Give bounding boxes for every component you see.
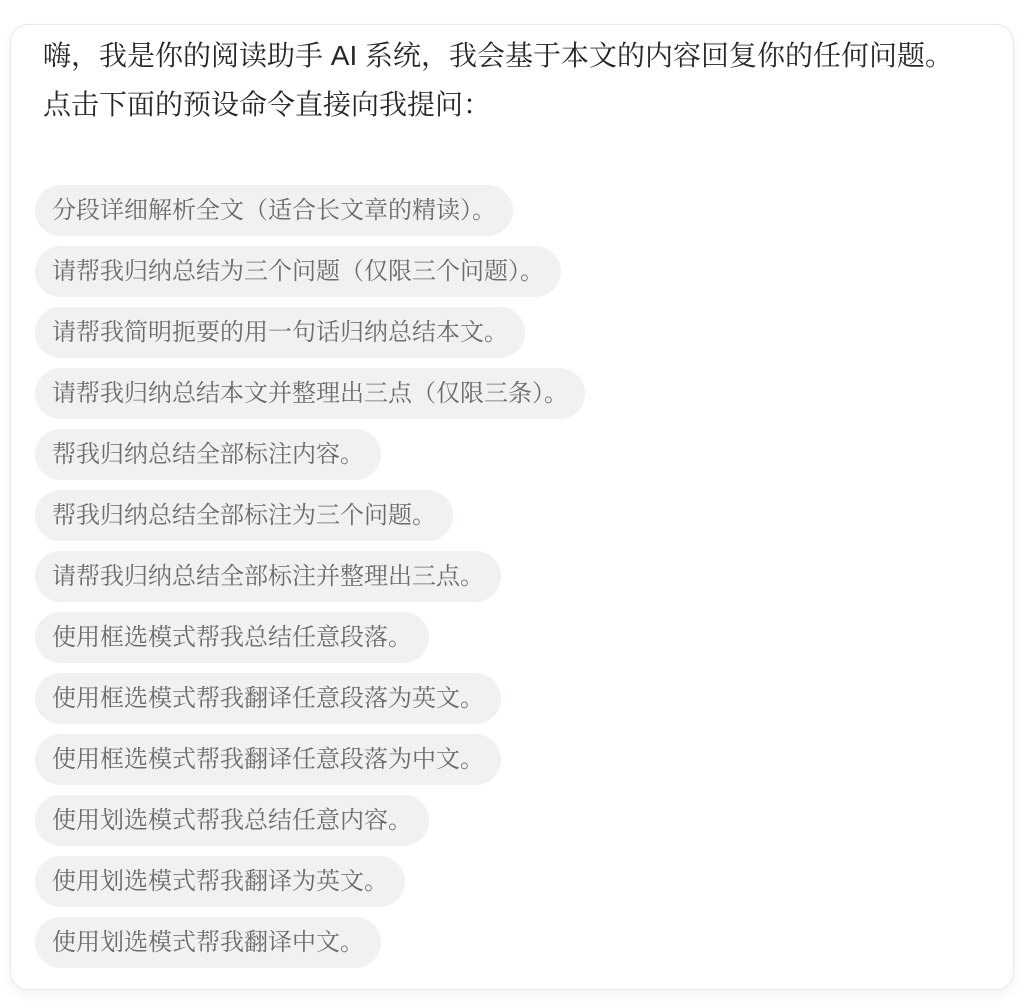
preset-command-box-select-summarize[interactable]: 使用框选模式帮我总结任意段落。 bbox=[35, 612, 429, 663]
preset-command-box-select-translate-english[interactable]: 使用框选模式帮我翻译任意段落为英文。 bbox=[35, 673, 501, 724]
preset-command-highlight-select-translate-chinese[interactable]: 使用划选模式帮我翻译中文。 bbox=[35, 917, 381, 968]
preset-command-annotations-three-points[interactable]: 请帮我归纳总结全部标注并整理出三点。 bbox=[35, 551, 501, 602]
preset-command-list: 分段详细解析全文（适合长文章的精读）。 请帮我归纳总结为三个问题（仅限三个问题）… bbox=[35, 185, 989, 968]
preset-command-highlight-select-translate-english[interactable]: 使用划选模式帮我翻译为英文。 bbox=[35, 856, 405, 907]
preset-command-box-select-translate-chinese[interactable]: 使用框选模式帮我翻译任意段落为中文。 bbox=[35, 734, 501, 785]
preset-command-summarize-three-questions[interactable]: 请帮我归纳总结为三个问题（仅限三个问题）。 bbox=[35, 246, 561, 297]
preset-command-summarize-annotations[interactable]: 帮我归纳总结全部标注内容。 bbox=[35, 429, 381, 480]
preset-command-annotations-three-questions[interactable]: 帮我归纳总结全部标注为三个问题。 bbox=[35, 490, 453, 541]
assistant-greeting-text: 嗨，我是你的阅读助手 AI 系统，我会基于本文的内容回复你的任何问题。点击下面的… bbox=[35, 31, 989, 129]
preset-command-highlight-select-summarize[interactable]: 使用划选模式帮我总结任意内容。 bbox=[35, 795, 429, 846]
preset-command-analyze-full-text[interactable]: 分段详细解析全文（适合长文章的精读）。 bbox=[35, 185, 513, 236]
preset-command-one-sentence-summary[interactable]: 请帮我简明扼要的用一句话归纳总结本文。 bbox=[35, 307, 525, 358]
reading-assistant-card: 嗨，我是你的阅读助手 AI 系统，我会基于本文的内容回复你的任何问题。点击下面的… bbox=[10, 24, 1014, 990]
preset-command-summarize-three-points[interactable]: 请帮我归纳总结本文并整理出三点（仅限三条）。 bbox=[35, 368, 585, 419]
